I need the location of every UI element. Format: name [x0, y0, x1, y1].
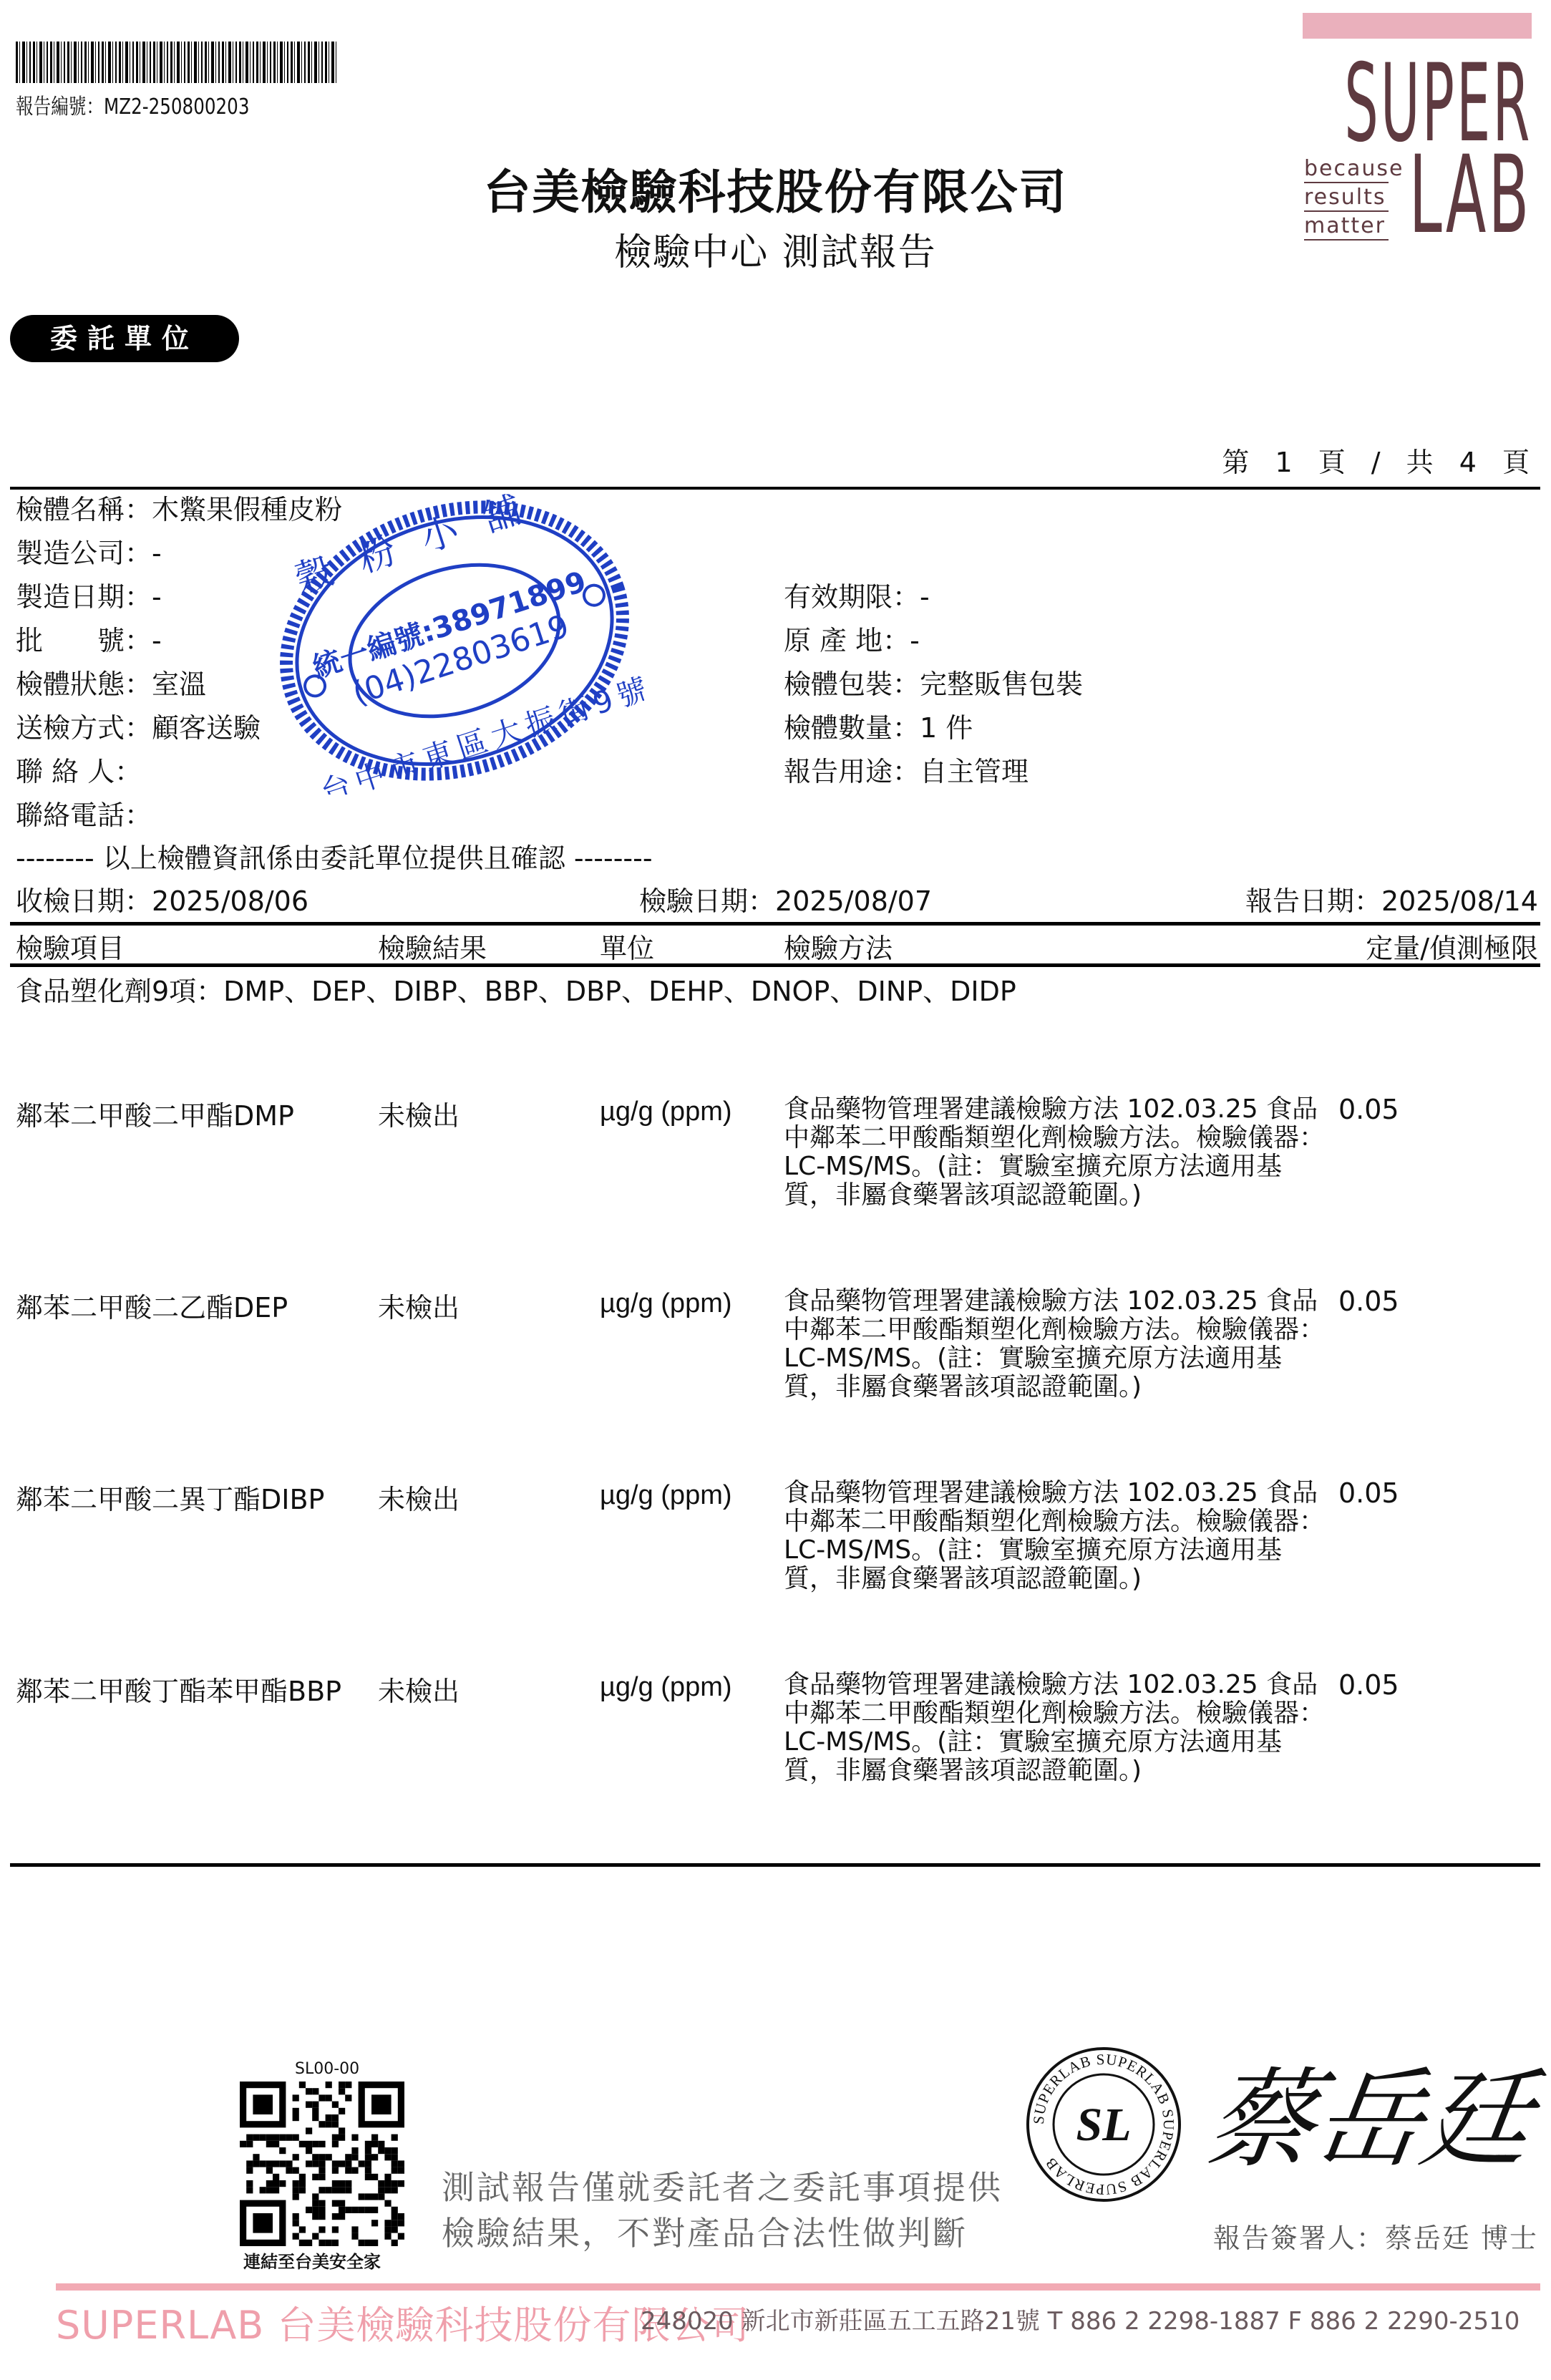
sample-field-value: 室溫 — [152, 669, 206, 700]
col-header-result: 檢驗結果 — [378, 926, 487, 966]
sample-field: 批 號：- — [16, 623, 162, 658]
col-header-method: 檢驗方法 — [784, 926, 893, 966]
report-number-label: 報告編號： — [16, 94, 104, 120]
result-method: 食品藥物管理署建議檢驗方法 102.03.25 食品中鄰苯二甲酸酯類塑化劑檢驗方… — [784, 1095, 1328, 1210]
sample-field-label: 製造公司： — [16, 538, 152, 569]
sample-field-label: 批 號： — [16, 625, 152, 656]
result-value: 未檢出 — [378, 1094, 460, 1133]
table-header-rule — [10, 963, 1540, 967]
qr-code-label: SL00-00 — [295, 2060, 359, 2078]
sample-field-value: - — [920, 581, 930, 613]
result-value: 未檢出 — [378, 1286, 460, 1325]
result-unit: µg/g (ppm) — [600, 1288, 732, 1319]
result-method: 食品藥物管理署建議檢驗方法 102.03.25 食品中鄰苯二甲酸酯類塑化劑檢驗方… — [784, 1287, 1328, 1402]
logo-accent-bar — [1303, 13, 1532, 39]
report-date-value: 2025/08/14 — [1381, 885, 1538, 917]
stamp-shop-name: 穀粉小舖 — [290, 487, 554, 602]
company-stamp: 穀粉小舖 統一編號:38971899 (04)22803619 台中市東區大振街… — [265, 487, 644, 795]
page-indicator: 第 1 頁 / 共 4 頁 — [1222, 440, 1538, 480]
result-unit: µg/g (ppm) — [600, 1672, 732, 1703]
sample-field: 原 產 地：- — [784, 623, 920, 658]
test-group-title: 食品塑化劑9項：DMP、DEP、DIBP、BBP、DBP、DEHP、DNOP、D… — [16, 969, 1016, 1009]
sample-field-label: 有效期限： — [784, 581, 920, 613]
sample-field-label: 檢體包裝： — [784, 669, 920, 700]
table-top-rule — [10, 922, 1540, 926]
col-header-limit: 定量/偵測極限 — [1366, 926, 1538, 966]
test-date-label: 檢驗日期： — [639, 885, 775, 917]
result-item-name: 鄰苯二甲酸二甲酯DMP — [16, 1094, 294, 1133]
barcode — [16, 42, 338, 83]
col-header-item: 檢驗項目 — [16, 926, 125, 966]
sample-field-label: 製造日期： — [16, 581, 152, 613]
report-subtitle: 檢驗中心 測試報告 — [0, 222, 1551, 276]
received-date: 收檢日期：2025/08/06 — [16, 884, 308, 918]
sample-field: 製造公司：- — [16, 536, 162, 570]
report-number-value: MZ2-250800203 — [104, 94, 249, 120]
result-limit: 0.05 — [1338, 1094, 1399, 1125]
report-date: 報告日期：2025/08/14 — [1245, 884, 1538, 918]
header-divider — [10, 487, 1540, 490]
seal-monogram: SL — [1076, 2099, 1131, 2151]
sample-field-label: 原 產 地： — [784, 625, 910, 656]
section-label-client: 委託單位 — [10, 315, 239, 362]
result-value: 未檢出 — [378, 1669, 460, 1709]
sample-field: 報告用途：自主管理 — [784, 754, 1029, 789]
col-header-unit: 單位 — [600, 926, 654, 966]
result-unit: µg/g (ppm) — [600, 1097, 732, 1127]
sample-field-label: 送檢方式： — [16, 712, 152, 744]
report-signer: 報告簽署人：蔡岳廷 博士 — [1213, 2216, 1538, 2255]
sample-field: 檢體包裝：完整販售包裝 — [784, 667, 1083, 701]
sample-field: 聯 絡 人： — [16, 754, 142, 789]
sample-field-label: 檢體數量： — [784, 712, 920, 744]
sample-field-label: 聯絡電話： — [16, 800, 152, 831]
result-value: 未檢出 — [378, 1477, 460, 1517]
sample-field: 送檢方式：顧客送驗 — [16, 711, 261, 745]
received-date-value: 2025/08/06 — [152, 885, 308, 917]
superlab-seal: SUPERLAB SUPERLAB SUPERLAB SUPERLAB SL — [1025, 2046, 1182, 2203]
sample-field-value: - — [152, 581, 162, 613]
result-item-name: 鄰苯二甲酸二乙酯DEP — [16, 1286, 288, 1325]
handwritten-signature: 蔡岳廷 — [1199, 2033, 1542, 2187]
sample-field: 製造日期：- — [16, 580, 162, 614]
sample-field-value: 顧客送驗 — [152, 712, 261, 744]
sample-field-label: 檢體名稱： — [16, 494, 152, 525]
sample-field: 有效期限：- — [784, 580, 930, 614]
result-limit: 0.05 — [1338, 1477, 1399, 1509]
qr-caption: 連結至台美安全家 — [243, 2248, 381, 2273]
sample-field-label: 聯 絡 人： — [16, 756, 142, 787]
sample-field: 檢體狀態：室溫 — [16, 667, 206, 701]
confirm-note: -------- 以上檢體資訊係由委託單位提供且確認 -------- — [16, 841, 653, 875]
test-date: 檢驗日期：2025/08/07 — [639, 884, 932, 918]
sample-field-value: 自主管理 — [920, 756, 1029, 787]
result-unit: µg/g (ppm) — [600, 1480, 732, 1511]
result-limit: 0.05 — [1338, 1286, 1399, 1317]
sample-field-value: - — [910, 625, 920, 656]
sample-field-value: 1 件 — [920, 712, 973, 744]
report-date-label: 報告日期： — [1245, 885, 1381, 917]
company-title: 台美檢驗科技股份有限公司 — [0, 154, 1551, 222]
disclaimer-line-1: 測試報告僅就委託者之委託事項提供 — [442, 2165, 1003, 2210]
sample-field-value: - — [152, 538, 162, 569]
footer-accent-line — [56, 2283, 1540, 2291]
sample-field-value: 完整販售包裝 — [920, 669, 1083, 700]
sample-field: 檢體數量：1 件 — [784, 711, 973, 745]
result-limit: 0.05 — [1338, 1669, 1399, 1701]
test-date-value: 2025/08/07 — [775, 885, 932, 917]
sample-field: 聯絡電話： — [16, 798, 152, 832]
result-method: 食品藥物管理署建議檢驗方法 102.03.25 食品中鄰苯二甲酸酯類塑化劑檢驗方… — [784, 1479, 1328, 1593]
disclaimer-line-2: 檢驗結果，不對產品合法性做判斷 — [442, 2210, 968, 2256]
sample-field-label: 檢體狀態： — [16, 669, 152, 700]
sample-field-value: - — [152, 625, 162, 656]
table-bottom-rule — [10, 1863, 1540, 1867]
result-item-name: 鄰苯二甲酸丁酯苯甲酯BBP — [16, 1669, 341, 1709]
report-number: 報告編號：MZ2-250800203 — [16, 89, 249, 120]
received-date-label: 收檢日期： — [16, 885, 152, 917]
footer-address: 248020 新北市新莊區五工五路21號 T 886 2 2298-1887 F… — [641, 2301, 1520, 2336]
result-method: 食品藥物管理署建議檢驗方法 102.03.25 食品中鄰苯二甲酸酯類塑化劑檢驗方… — [784, 1671, 1328, 1785]
result-item-name: 鄰苯二甲酸二異丁酯DIBP — [16, 1477, 324, 1517]
sample-field-label: 報告用途： — [784, 756, 920, 787]
qr-code[interactable] — [240, 2082, 404, 2246]
